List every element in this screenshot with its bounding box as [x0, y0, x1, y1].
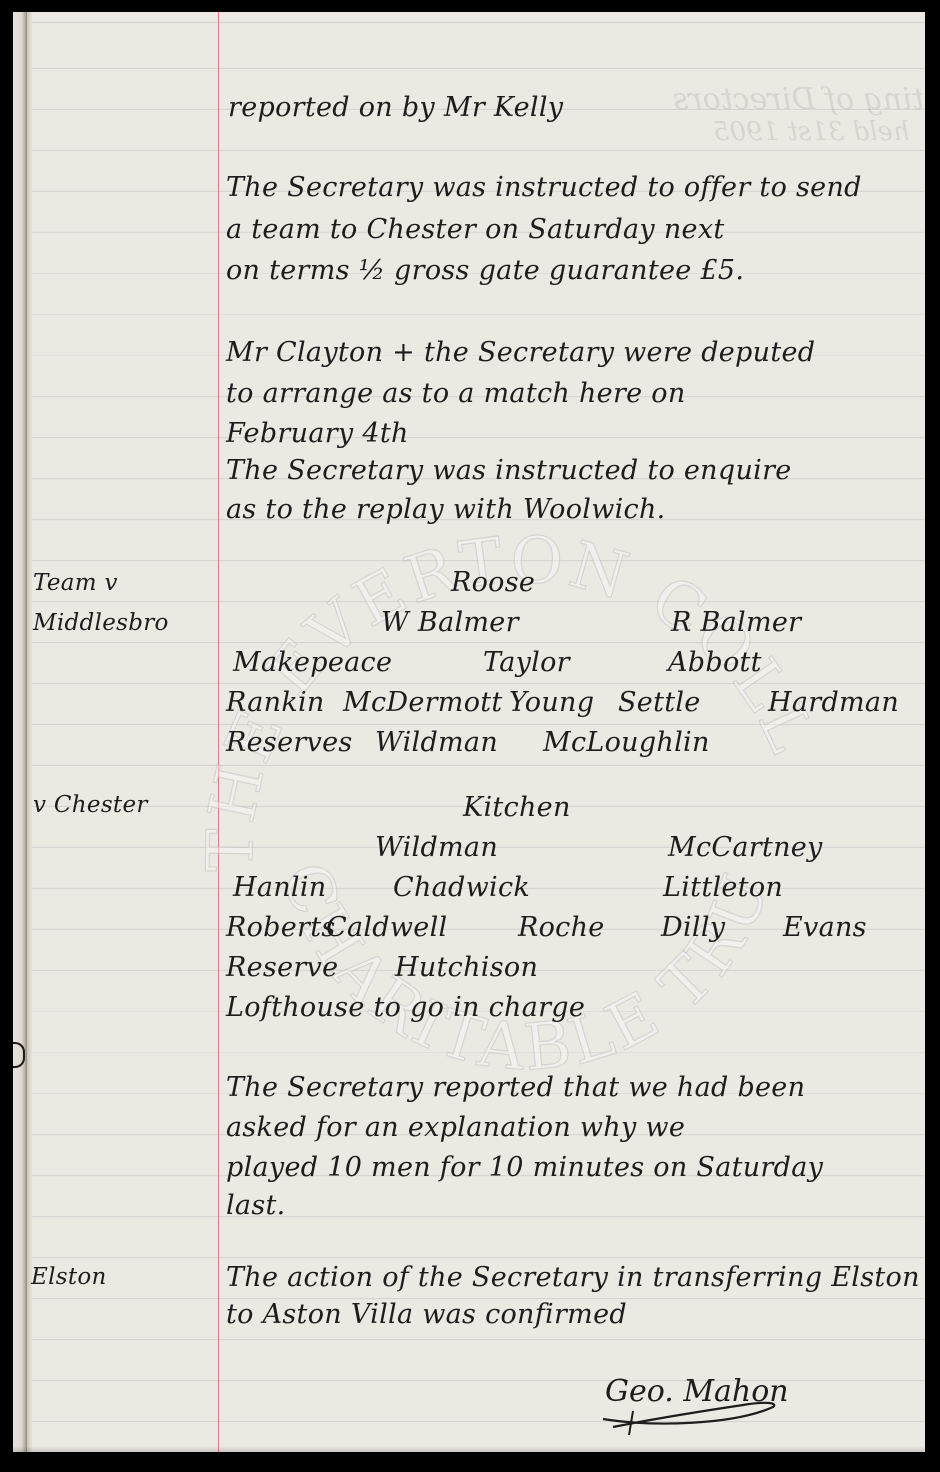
- entry-line: played 10 men for 10 minutes on Saturday: [226, 1152, 823, 1183]
- red-margin-rule: [218, 12, 219, 1452]
- in-charge-note: Lofthouse to go in charge: [226, 992, 585, 1023]
- page-binding: [13, 12, 27, 1452]
- half-back: Makepeace: [233, 647, 392, 678]
- forward: Caldwell: [326, 912, 447, 943]
- forward: Young: [509, 687, 594, 718]
- entry-line: to Aston Villa was confirmed: [226, 1299, 627, 1330]
- entry-line: The action of the Secretary in transferr…: [226, 1262, 920, 1293]
- signature-flourish-icon: [593, 1397, 793, 1437]
- half-back: Abbott: [668, 647, 762, 678]
- entry-line: Mr Clayton + the Secretary were deputed: [226, 337, 815, 368]
- back: Wildman: [375, 832, 498, 863]
- goalkeeper: Kitchen: [463, 792, 571, 823]
- reserve: Hutchison: [395, 952, 538, 983]
- half-back: Taylor: [483, 647, 570, 678]
- page-bottom-shadow: [13, 1446, 925, 1452]
- half-back: Littleton: [663, 872, 783, 903]
- entry-line: The Secretary was instructed to offer to…: [226, 172, 862, 203]
- entry-line: The Secretary reported that we had been: [226, 1072, 805, 1103]
- forward: McDermott: [343, 687, 503, 718]
- margin-note: Team v: [33, 570, 118, 596]
- reserve: McLoughlin: [543, 727, 710, 758]
- entry-line: to arrange as to a match here on: [226, 378, 686, 409]
- entry-line: asked for an explanation why we: [226, 1112, 685, 1143]
- reserve: Wildman: [375, 727, 498, 758]
- forward: Evans: [783, 912, 867, 943]
- entry-line: February 4th: [226, 418, 409, 449]
- entry-line: The Secretary was instructed to enquire: [226, 455, 792, 486]
- entry-line: on terms ½ gross gate guarantee £5.: [226, 255, 744, 286]
- forward: Settle: [618, 687, 701, 718]
- entry-line: last.: [226, 1190, 286, 1221]
- forward: Roche: [518, 912, 605, 943]
- reserves-label: Reserves: [226, 727, 353, 758]
- goalkeeper: Roose: [451, 567, 535, 598]
- forward: Dilly: [661, 912, 725, 943]
- forward: Rankin: [226, 687, 325, 718]
- margin-note: v Chester: [33, 792, 148, 818]
- reserves-label: Reserve: [226, 952, 338, 983]
- minute-book-page: Meeting of Directors held 31st 1905 THE …: [13, 12, 925, 1452]
- back: R Balmer: [671, 607, 801, 638]
- entry-line: reported on by Mr Kelly: [228, 92, 563, 123]
- half-back: Hanlin: [233, 872, 327, 903]
- forward: Roberts: [226, 912, 336, 943]
- back: McCartney: [668, 832, 823, 863]
- margin-note: Middlesbro: [33, 610, 169, 636]
- back: W Balmer: [381, 607, 519, 638]
- entry-line: a team to Chester on Saturday next: [226, 214, 725, 245]
- entry-line: as to the replay with Woolwich.: [226, 494, 666, 525]
- forward: Hardman: [768, 687, 899, 718]
- half-back: Chadwick: [393, 872, 530, 903]
- margin-note: Elston: [31, 1264, 107, 1290]
